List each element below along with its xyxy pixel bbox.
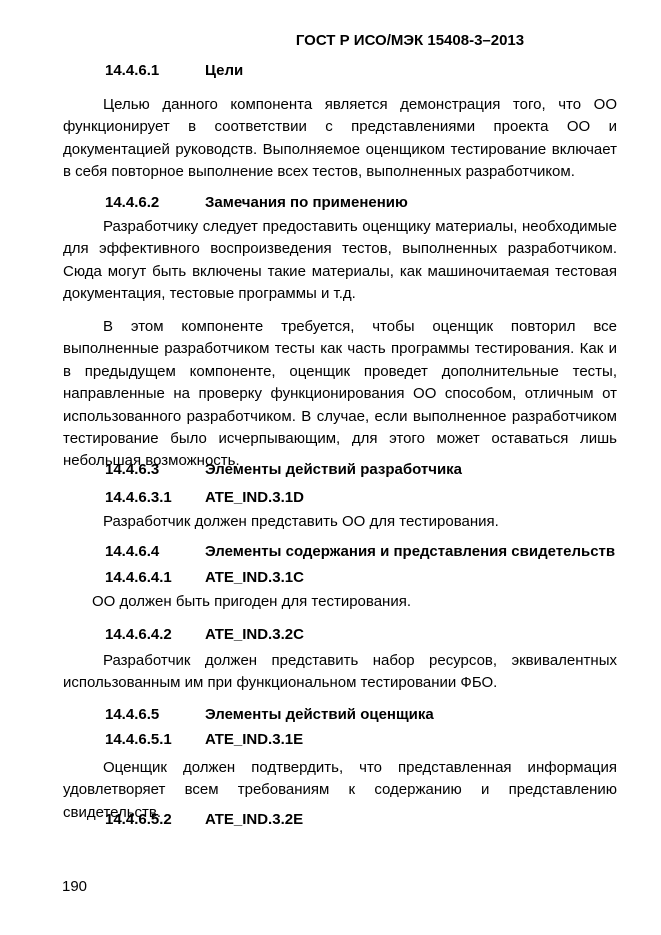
heading-14-4-6-2: 14.4.6.2Замечания по применению [63,192,617,214]
section-title: Элементы содержания и представления свид… [205,543,615,560]
section-number: 14.4.6.5 [105,704,205,726]
heading-14-4-6-3: 14.4.6.3Элементы действий разработчика [63,459,617,481]
section-number: 14.4.6.2 [105,192,205,214]
page-number: 190 [62,876,87,898]
section-number: 14.4.6.5.2 [105,809,205,831]
heading-14-4-6-5-1: 14.4.6.5.1ATE_IND.3.1E [63,729,617,751]
paragraph-application-notes-2: В этом компоненте требуется, чтобы оценщ… [63,316,617,473]
section-number: 14.4.6.3 [105,459,205,481]
section-number: 14.4.6.1 [105,60,205,82]
section-number: 14.4.6.4.1 [105,567,205,589]
section-title: Элементы действий разработчика [205,461,462,478]
paragraph-ate-ind-3-2c: Разработчик должен представить набор рес… [63,650,617,695]
section-title: ATE_IND.3.2E [205,811,303,828]
section-number: 14.4.6.5.1 [105,729,205,751]
heading-14-4-6-3-1: 14.4.6.3.1ATE_IND.3.1D [63,487,617,509]
running-header: ГОСТ Р ИСО/МЭК 15408-3–2013 [203,30,617,52]
heading-14-4-6-5-2: 14.4.6.5.2ATE_IND.3.2E [63,809,617,831]
section-title: ATE_IND.3.2C [205,626,304,643]
heading-14-4-6-4: 14.4.6.4Элементы содержания и представле… [63,541,617,563]
section-number: 14.4.6.3.1 [105,487,205,509]
section-title: Замечания по применению [205,194,408,211]
section-title: ATE_IND.3.1C [205,569,304,586]
paragraph-goals: Целью данного компонента является демонс… [63,94,617,184]
section-number: 14.4.6.4 [105,541,205,563]
heading-14-4-6-4-2: 14.4.6.4.2ATE_IND.3.2C [63,624,617,646]
paragraph-ate-ind-3-1d: Разработчик должен представить ОО для те… [63,511,617,533]
document-page: ГОСТ Р ИСО/МЭК 15408-3–2013 14.4.6.1Цели… [0,0,661,935]
section-title: ATE_IND.3.1D [205,489,304,506]
section-title: Цели [205,62,243,79]
section-title: ATE_IND.3.1E [205,731,303,748]
heading-14-4-6-5: 14.4.6.5Элементы действий оценщика [63,704,617,726]
heading-14-4-6-4-1: 14.4.6.4.1ATE_IND.3.1C [63,567,617,589]
section-title: Элементы действий оценщика [205,706,434,723]
heading-14-4-6-1: 14.4.6.1Цели [63,60,617,82]
paragraph-application-notes-1: Разработчику следует предоставить оценщи… [63,216,617,306]
section-number: 14.4.6.4.2 [105,624,205,646]
paragraph-ate-ind-3-1c: ОО должен быть пригоден для тестирования… [63,591,617,613]
